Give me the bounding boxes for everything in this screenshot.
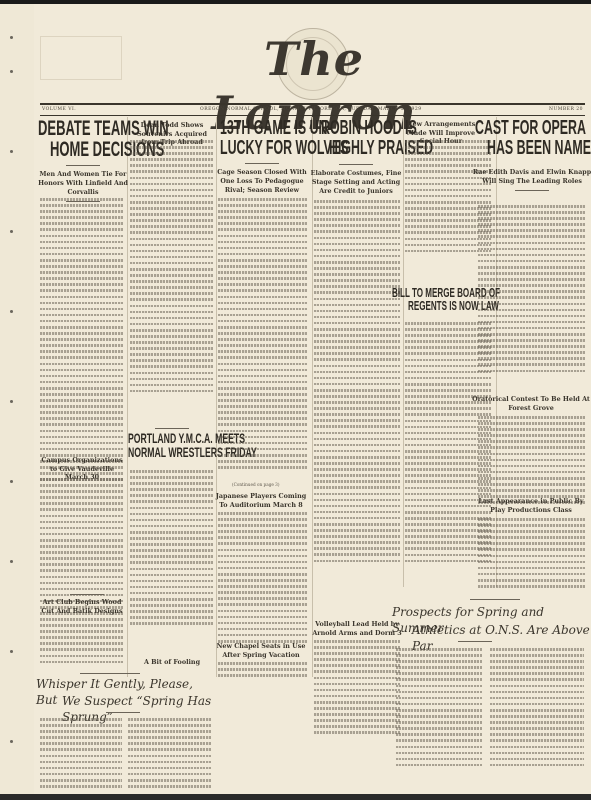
- headline: CAST FOR OPERA: [475, 118, 547, 138]
- article-body: [40, 198, 124, 484]
- headline: BILL TO MERGE BOARD OF: [392, 286, 460, 299]
- headline-volleyball: Volleyball Lead Held by Arnold Arms and …: [312, 620, 402, 637]
- article-body: [314, 200, 400, 566]
- article-body: [128, 718, 212, 791]
- headline: HIGHLY PRAISED: [329, 138, 375, 158]
- article-game: 13TH GAME IS UN- LUCKY FOR WOLVES Cage S…: [214, 118, 310, 195]
- article-body: [218, 512, 308, 646]
- article-body: [40, 618, 124, 667]
- article-body: [218, 198, 308, 472]
- headline: HAS BEEN NAMED: [487, 138, 551, 158]
- column-divider: [216, 117, 217, 677]
- opera-deck-wrap: Rae Edith Davis and Elwin Knapp Will Sin…: [472, 168, 591, 195]
- deck: Rae Edith Davis and Elwin Knapp Will Sin…: [472, 168, 591, 186]
- headline-art-club: Art Club Begins Wood Cut And Batik Desig…: [38, 598, 126, 615]
- article-body: [478, 416, 586, 507]
- article-body: [490, 648, 584, 770]
- headline: REGENTS IS NOW LAW: [408, 299, 466, 312]
- continued-note: (Continued on page 3): [232, 482, 279, 487]
- headline-japanese: Japanese Players Coming To Auditorium Ma…: [214, 492, 308, 509]
- robin-hood-deck-wrap: Elaborate Costumes, Fine Stage Setting a…: [310, 160, 402, 196]
- scan-bottom-edge: [0, 794, 591, 800]
- article-body: [130, 140, 214, 396]
- deck: Cage Season Closed With One Loss To Peda…: [214, 168, 310, 195]
- article-body: [314, 640, 400, 738]
- article-debate: DEBATE TEAMS WIN HOME DECISIONS Men And …: [38, 118, 128, 206]
- article-body: [396, 648, 482, 770]
- headline-chapel-seats: New Chapel Seats in Use After Spring Vac…: [214, 642, 308, 659]
- article-body: [478, 518, 586, 591]
- headline-bit-of-fooling: A Bit of Fooling: [128, 658, 216, 667]
- headline: ROBIN HOOD IS: [321, 118, 372, 138]
- headline: DEBATE TEAMS WIN: [38, 118, 94, 139]
- right-ear: [501, 36, 581, 78]
- article-robin-hood: ROBIN HOOD IS HIGHLY PRAISED: [303, 118, 403, 159]
- volume-label: VOLUME VI.: [42, 107, 76, 112]
- article-body: [478, 205, 586, 376]
- headline: PORTLAND Y.M.C.A. MEETS: [128, 431, 185, 445]
- article-body: [130, 470, 214, 628]
- headline: 13TH GAME IS UN-: [220, 118, 276, 138]
- headline: LUCKY FOR WOLVES: [220, 138, 276, 158]
- dateline: VOLUME VI. OREGON NORMAL SCHOOL, MONMOUT…: [40, 103, 585, 116]
- article-ymca: PORTLAND Y.M.C.A. MEETS NORMAL WRESTLERS…: [128, 431, 220, 460]
- headline-oratorical: Oratorical Contest To Be Held At Forest …: [472, 395, 590, 412]
- article-opera: CAST FOR OPERA HAS BEEN NAMED: [475, 118, 591, 159]
- place-date: OREGON NORMAL SCHOOL, MONMOUTH, OREGON, …: [200, 107, 422, 112]
- deck: Men And Women Tie For Honors With Linfie…: [38, 170, 128, 197]
- headline: NORMAL WRESTLERS FRIDAY: [128, 445, 185, 459]
- masthead: The Lamron: [34, 22, 591, 100]
- column-divider: [312, 117, 313, 677]
- issue-number: NUMBER 20: [549, 107, 583, 112]
- column-divider: [403, 117, 404, 587]
- left-ear-box: [40, 36, 122, 80]
- article-body: [40, 718, 122, 791]
- article-body: [218, 662, 308, 680]
- deck: Elaborate Costumes, Fine Stage Setting a…: [310, 169, 402, 196]
- headline: HOME DECISIONS: [50, 139, 98, 160]
- headline-last-appearance: Last Appearance in Public By Play Produc…: [472, 497, 590, 514]
